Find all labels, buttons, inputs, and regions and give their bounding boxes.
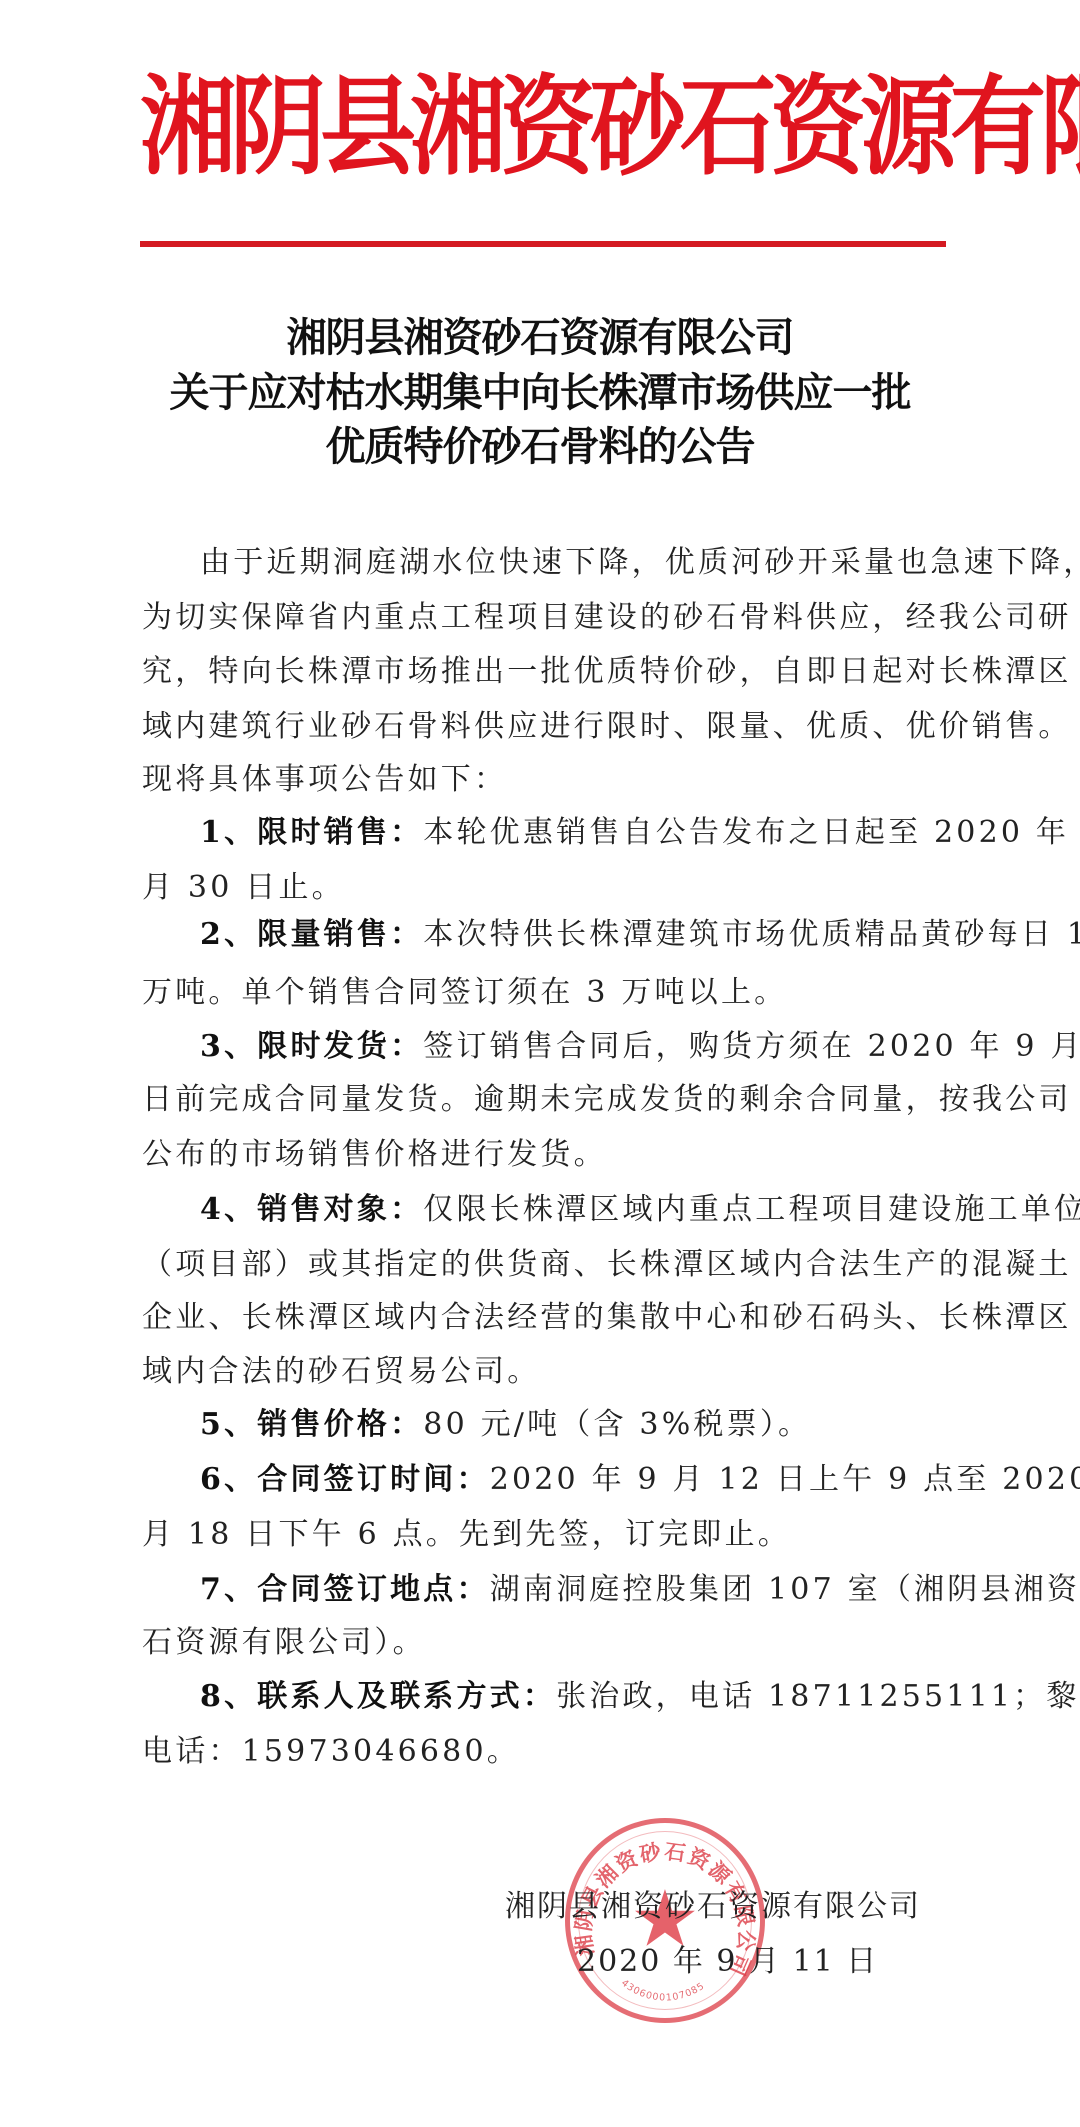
item-label: 4、销售对象： [200, 1192, 423, 1227]
signature-date: 2020 年 9 月 11 日 [577, 1942, 878, 1982]
item-label: 5、销售价格： [200, 1407, 423, 1442]
intro-line: 域内建筑行业砂石骨料供应进行限时、限量、优质、优价销售。 [142, 707, 952, 747]
item-2: 2、限量销售：本次特供长株潭建筑市场优质精品黄砂每日 10 [200, 915, 1010, 955]
item-4: 4、销售对象：仅限长株潭区域内重点工程项目建设施工单位 [200, 1190, 1010, 1230]
item-continuation: （项目部）或其指定的供货商、长株潭区域内合法生产的混凝土 [142, 1245, 952, 1285]
item-text: 2020 年 9 月 12 日上午 9 点至 2020 年 9 [490, 1462, 1080, 1497]
item-continuation: 月 18 日下午 6 点。先到先签，订完即止。 [142, 1515, 952, 1555]
intro-line: 现将具体事项公告如下： [142, 760, 952, 800]
item-5: 5、销售价格：80 元/吨（含 3%税票）。 [200, 1405, 1010, 1445]
item-continuation: 石资源有限公司）。 [142, 1623, 952, 1663]
item-8: 8、联系人及联系方式：张治政，电话 18711255111；黎震庭， [200, 1677, 1010, 1717]
item-text: 湖南洞庭控股集团 107 室（湘阴县湘资砂 [490, 1572, 1080, 1607]
title-line-2: 关于应对枯水期集中向长株潭市场供应一批 [100, 361, 980, 418]
item-label: 3、限时发货： [200, 1029, 423, 1064]
item-label: 1、限时销售： [200, 815, 423, 850]
signature-company: 湘阴县湘资砂石资源有限公司 [505, 1887, 921, 1927]
item-label: 6、合同签订时间： [200, 1462, 490, 1497]
item-1: 1、限时销售：本轮优惠销售自公告发布之日起至 2020 年 9 [200, 813, 1010, 853]
item-text: 仅限长株潭区域内重点工程项目建设施工单位 [423, 1192, 1080, 1227]
item-text: 签订销售合同后，购货方须在 2020 年 9 月 30 [423, 1029, 1080, 1064]
item-continuation: 万吨。单个销售合同签订须在 3 万吨以上。 [142, 973, 952, 1013]
title-line-1: 湘阴县湘资砂石资源有限公司 [100, 306, 980, 363]
intro-line: 究，特向长株潭市场推出一批优质特价砂，自即日起对长株潭区 [142, 652, 952, 692]
item-continuation: 日前完成合同量发货。逾期未完成发货的剩余合同量，按我公司 [142, 1080, 952, 1120]
item-continuation: 域内合法的砂石贸易公司。 [142, 1352, 952, 1392]
item-text: 张治政，电话 18711255111；黎震庭， [556, 1679, 1080, 1714]
item-text: 80 元/吨（含 3%税票）。 [423, 1407, 811, 1442]
item-continuation: 企业、长株潭区域内合法经营的集散中心和砂石码头、长株潭区 [142, 1298, 952, 1338]
intro-line: 由于近期洞庭湖水位快速下降，优质河砂开采量也急速下降， [200, 543, 1010, 583]
item-continuation: 电话：15973046680。 [142, 1732, 952, 1772]
masthead-divider [140, 241, 946, 247]
item-label: 2、限量销售： [200, 917, 423, 952]
item-text: 本次特供长株潭建筑市场优质精品黄砂每日 10 [423, 917, 1080, 952]
item-continuation: 公布的市场销售价格进行发货。 [142, 1135, 952, 1175]
item-6: 6、合同签订时间：2020 年 9 月 12 日上午 9 点至 2020 年 9 [200, 1460, 1010, 1500]
masthead-company-name: 湘阴县湘资砂石资源有限公司 [140, 54, 940, 200]
item-label: 7、合同签订地点： [200, 1572, 490, 1607]
item-continuation: 月 30 日止。 [142, 868, 952, 908]
item-text: 本轮优惠销售自公告发布之日起至 2020 年 9 [423, 815, 1080, 850]
title-line-3: 优质特价砂石骨料的公告 [100, 415, 980, 472]
item-3: 3、限时发货：签订销售合同后，购货方须在 2020 年 9 月 30 [200, 1027, 1010, 1067]
item-7: 7、合同签订地点：湖南洞庭控股集团 107 室（湘阴县湘资砂 [200, 1570, 1010, 1610]
intro-line: 为切实保障省内重点工程项目建设的砂石骨料供应，经我公司研 [142, 598, 952, 638]
item-label: 8、联系人及联系方式： [200, 1679, 556, 1714]
